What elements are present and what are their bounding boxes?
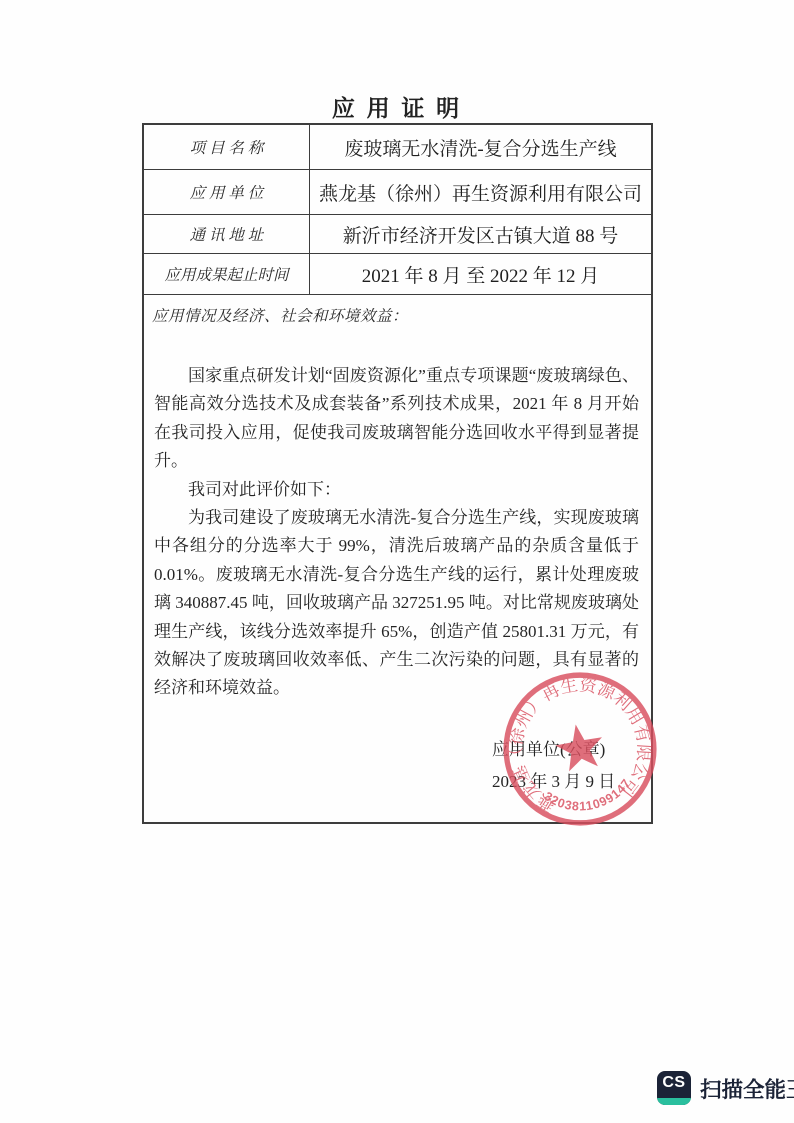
info-table: 项 目 名 称 废玻璃无水清洗-复合分选生产线 应 用 单 位 燕龙基（徐州）再…	[142, 123, 653, 824]
signature-date: 2023 年 3 月 9 日	[492, 766, 615, 798]
table-row-application-period: 应用成果起止时间 2021 年 8 月 至 2022 年 12 月	[144, 254, 651, 295]
benefits-heading: 应用情况及经济、社会和环境效益：	[152, 304, 641, 326]
row-value-application-period: 2021 年 8 月 至 2022 年 12 月	[310, 254, 651, 294]
row-label-mailing-address: 通 讯 地 址	[144, 215, 310, 253]
table-row-mailing-address: 通 讯 地 址 新沂市经济开发区古镇大道 88 号	[144, 215, 651, 254]
benefits-paragraphs: 国家重点研发计划“固废资源化”重点专项课题“废玻璃绿色、智能高效分选技术及成套装…	[152, 362, 641, 703]
camscanner-app-name: 扫描全能王	[700, 1073, 794, 1104]
camscanner-icon-teal-bar	[657, 1098, 691, 1105]
row-value-applying-unit: 燕龙基（徐州）再生资源利用有限公司	[310, 170, 651, 214]
table-row-project-name: 项 目 名 称 废玻璃无水清洗-复合分选生产线	[144, 125, 651, 170]
signature-block: 应用单位(公章) 2023 年 3 月 9 日	[492, 734, 615, 798]
camscanner-icon: CS	[657, 1071, 691, 1105]
paragraph-results: 为我司建设了废玻璃无水清洗-复合分选生产线，实现废玻璃中各组分的分选率大于 99…	[154, 504, 639, 703]
document-title: 应 用 证 明	[0, 90, 794, 123]
row-label-application-period: 应用成果起止时间	[144, 254, 310, 294]
paragraph-evaluation-lead: 我司对此评价如下：	[154, 476, 639, 504]
camscanner-logo: CS 扫描全能王	[657, 1071, 794, 1105]
row-value-mailing-address: 新沂市经济开发区古镇大道 88 号	[310, 215, 651, 253]
camscanner-icon-letters: CS	[657, 1074, 691, 1092]
row-label-project-name: 项 目 名 称	[144, 125, 310, 169]
row-label-applying-unit: 应 用 单 位	[144, 170, 310, 214]
signature-unit-label: 应用单位(公章)	[492, 734, 615, 766]
paragraph-intro: 国家重点研发计划“固废资源化”重点专项课题“废玻璃绿色、智能高效分选技术及成套装…	[154, 362, 639, 476]
row-value-project-name: 废玻璃无水清洗-复合分选生产线	[310, 125, 651, 169]
scanned-document-page: 应 用 证 明 项 目 名 称 废玻璃无水清洗-复合分选生产线 应 用 单 位 …	[0, 0, 794, 1123]
table-row-applying-unit: 应 用 单 位 燕龙基（徐州）再生资源利用有限公司	[144, 170, 651, 215]
